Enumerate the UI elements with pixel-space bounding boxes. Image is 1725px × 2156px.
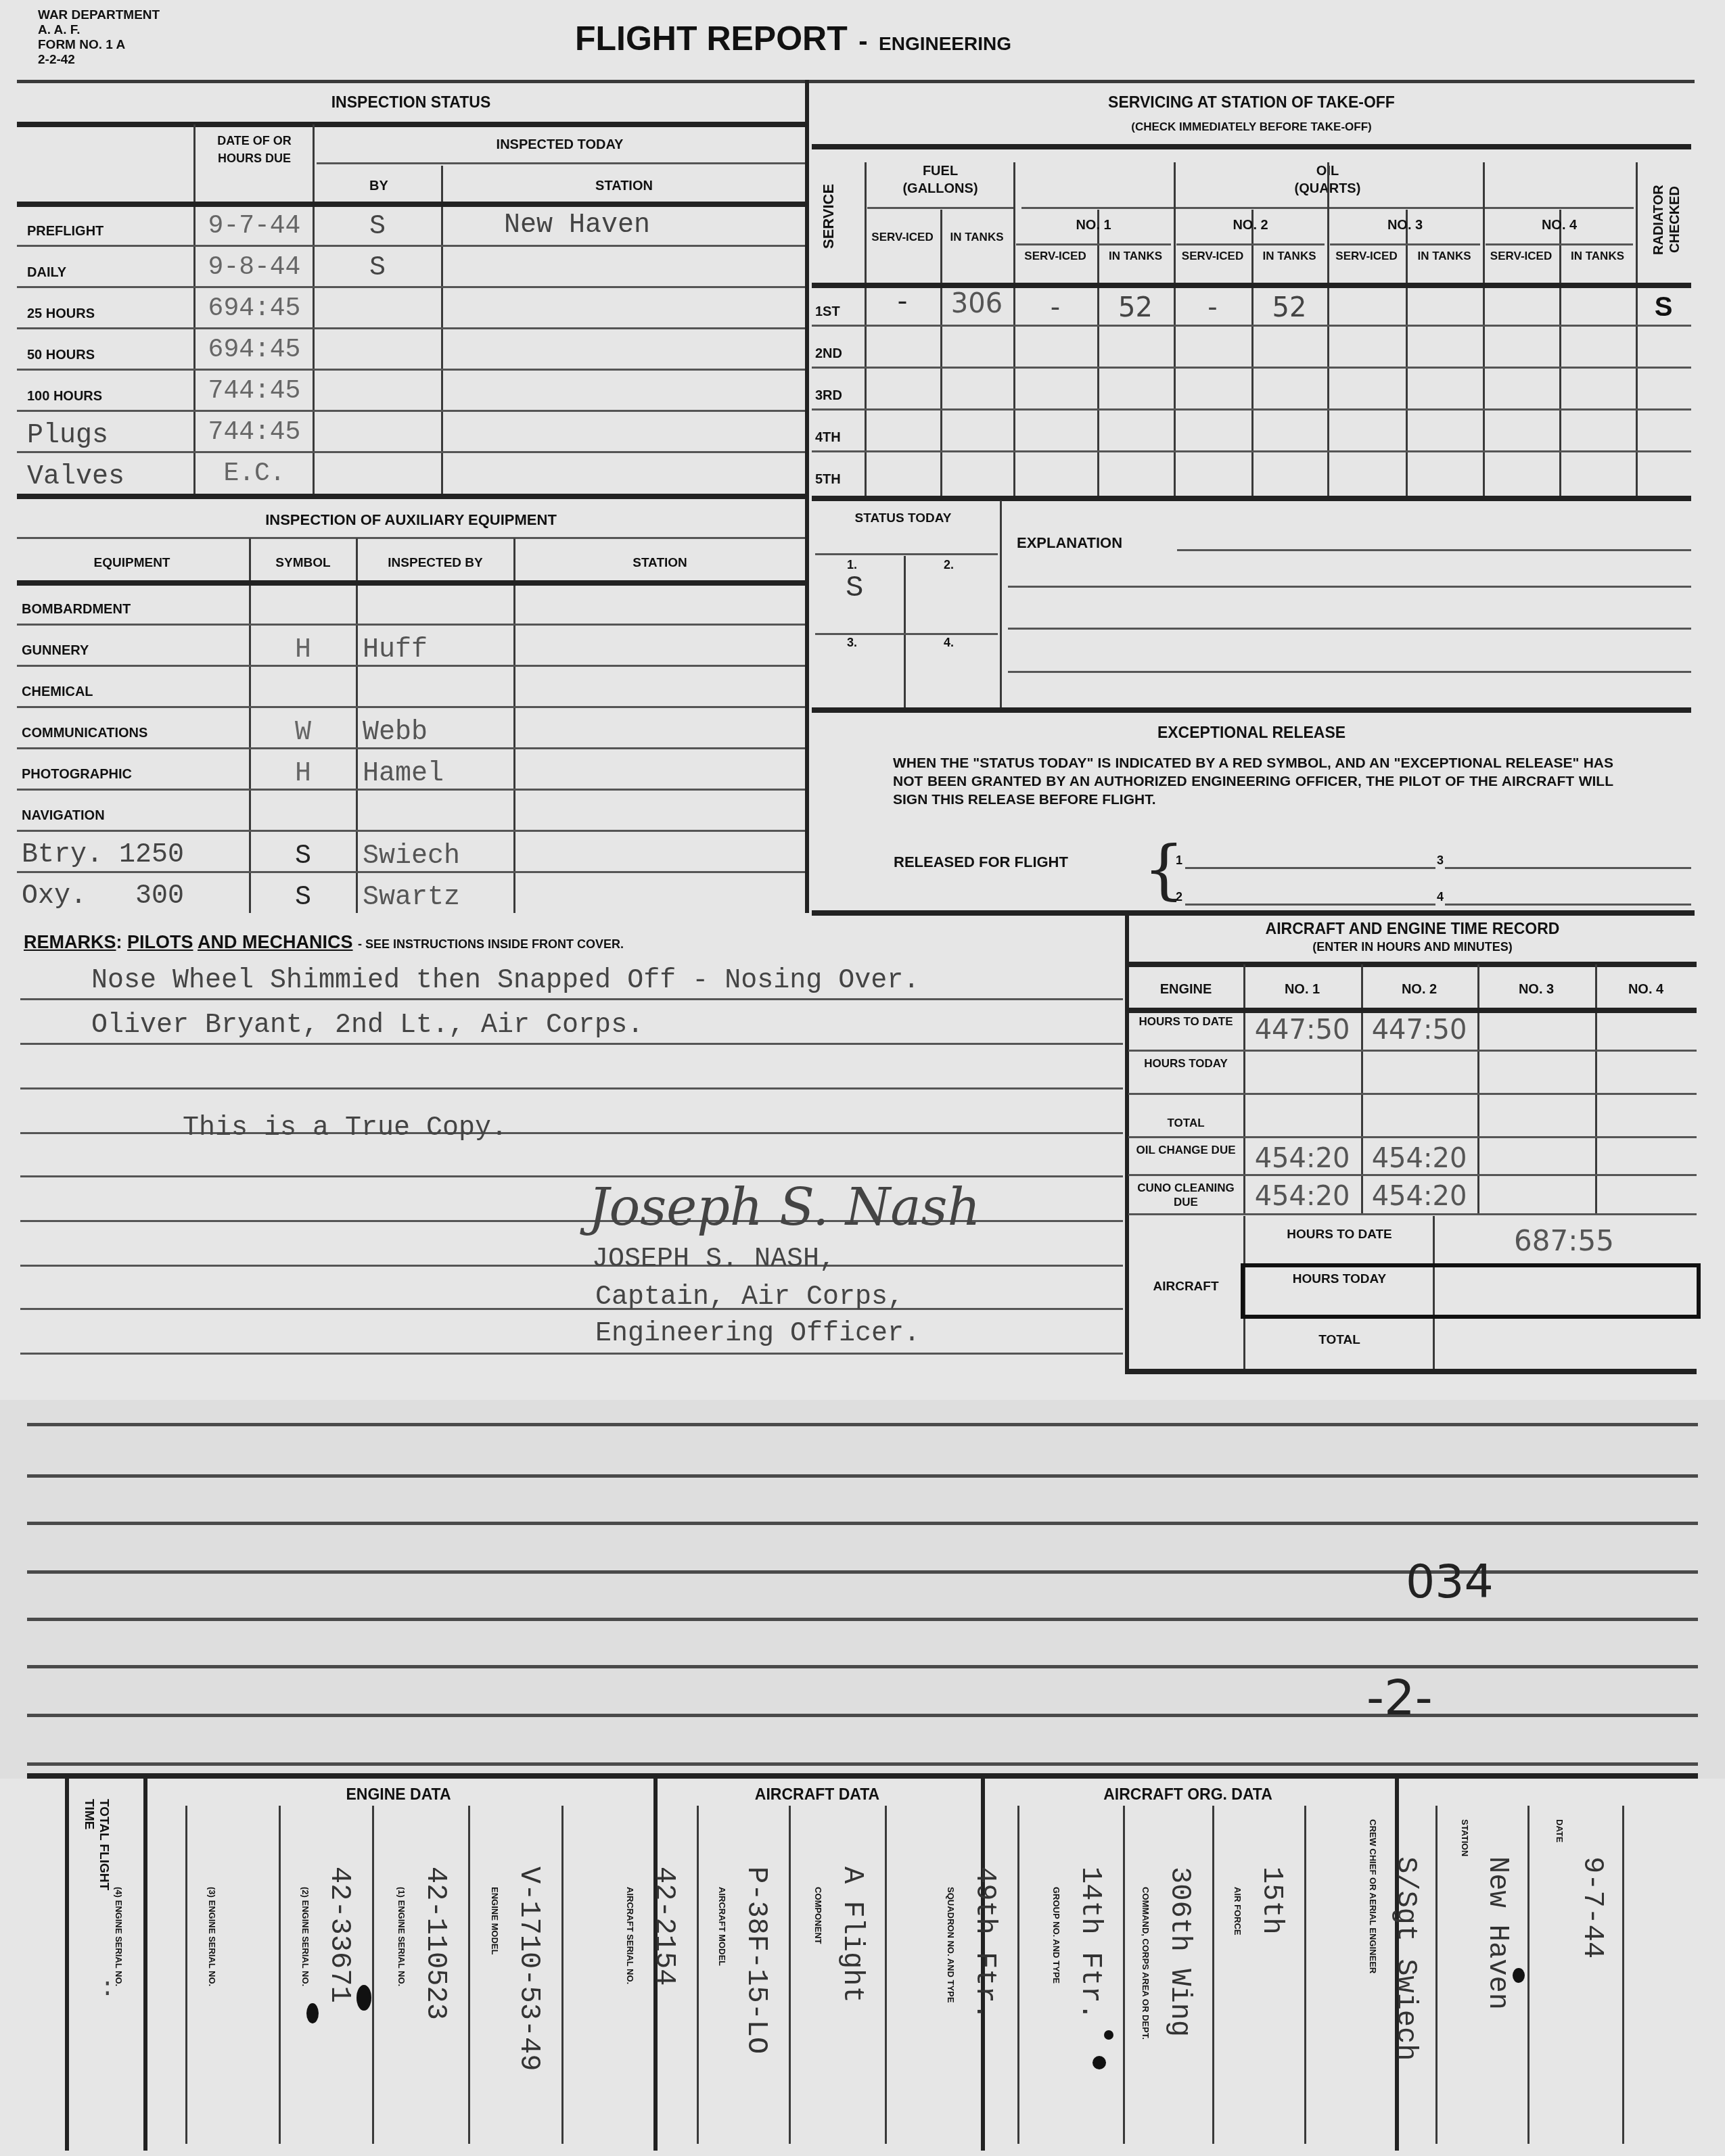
servicing-subtitle: (CHECK IMMEDIATELY BEFORE TAKE-OFF)	[812, 120, 1691, 134]
col-service: SERVICE	[820, 162, 837, 271]
col-equipment: EQUIPMENT	[17, 556, 247, 571]
divider	[1435, 1806, 1437, 2144]
status-slot-2-num: 2.	[944, 558, 954, 572]
footer-field-value[interactable]: 49th Ftr.	[969, 1867, 1001, 2020]
divider	[17, 494, 805, 499]
divider	[17, 327, 805, 329]
footer-field-label: GROUP NO. AND TYPE	[1051, 1887, 1061, 1984]
title-sub: ENGINEERING	[879, 33, 1011, 54]
divider	[17, 286, 805, 288]
engine-time-value[interactable]: 447:50	[1243, 1014, 1361, 1046]
footer-field-value[interactable]: 42-33671	[323, 1867, 356, 2003]
divider	[1174, 162, 1176, 496]
divider	[812, 325, 1691, 327]
remark-line-2[interactable]: Oliver Bryant, 2nd Lt., Air Corps.	[91, 1010, 643, 1041]
inspection-row-label: 100 HOURS	[27, 389, 102, 404]
servicing-title: SERVICING AT STATION OF TAKE-OFF	[812, 93, 1691, 112]
oil-cell[interactable]: -	[1013, 292, 1097, 323]
footer-field-label: CREW CHIEF OR AERIAL ENGINEER	[1368, 1819, 1378, 1973]
time-record-subtitle: (ENTER IN HOURS AND MINUTES)	[1128, 940, 1697, 954]
form-number: FORM NO. 1 A	[38, 38, 160, 53]
footer-field-value[interactable]: V-1710-53-49	[513, 1867, 545, 2071]
engine-time-value[interactable]: 454:20	[1243, 1181, 1361, 1212]
divider	[1128, 1008, 1697, 1013]
divider	[812, 910, 1695, 916]
explanation-label: EXPLANATION	[1017, 534, 1122, 552]
aux-equipment: CHEMICAL	[22, 684, 93, 700]
inspection-row-label[interactable]: Plugs	[27, 421, 108, 451]
divider	[143, 1779, 147, 2151]
explanation-line[interactable]	[1008, 628, 1691, 630]
title-separator: -	[858, 26, 867, 56]
signer-title: Engineering Officer.	[595, 1319, 920, 1349]
footer-field-label: AIR FORCE	[1233, 1887, 1243, 1936]
divider	[865, 162, 867, 496]
divider	[1304, 1806, 1306, 2144]
total-flight-time-label: TOTAL FLIGHT TIME	[81, 1799, 111, 1894]
divider	[372, 1806, 374, 2144]
engine-time-value[interactable]: 454:20	[1243, 1143, 1361, 1174]
aux-inspected-by[interactable]: Huff	[363, 635, 428, 665]
aux-inspected-by[interactable]: Swartz	[363, 883, 460, 913]
aircraft-row-label: HOURS TO DATE	[1248, 1227, 1431, 1242]
divider	[17, 451, 805, 453]
oil-engine-header: NO. 3	[1327, 218, 1483, 233]
col-inspected-by: INSPECTED BY	[359, 556, 512, 571]
aux-symbol[interactable]: H	[252, 759, 354, 789]
form-identifier: WAR DEPARTMENT A. A. F. FORM NO. 1 A 2-2…	[38, 8, 160, 68]
footer-field-label: (4) ENGINE SERIAL NO.	[114, 1887, 124, 1986]
total-flight-time-value[interactable]: :	[100, 1975, 115, 2002]
divider	[1128, 1136, 1697, 1138]
divider	[1527, 1806, 1529, 2144]
footer-field-value[interactable]: 14th Ftr.	[1074, 1867, 1107, 2020]
col-serviced: SERV-ICED	[1016, 249, 1095, 264]
aux-equipment: GUNNERY	[22, 643, 89, 659]
service-row-label: 4TH	[815, 430, 841, 446]
divider	[27, 1773, 1698, 1779]
divider	[65, 1779, 69, 2151]
footer-field-label: (3) ENGINE SERIAL NO.	[207, 1887, 217, 1986]
divider	[1483, 162, 1485, 496]
col-in-tanks: IN TANKS	[1408, 249, 1480, 264]
divider	[1097, 210, 1099, 496]
release-signature-line-2[interactable]	[1185, 904, 1435, 906]
engine-col-header: NO. 2	[1361, 982, 1477, 998]
form-aaf: A. A. F.	[38, 23, 160, 38]
divider	[1128, 1093, 1697, 1095]
aircraft-hours-today-box[interactable]	[1241, 1263, 1701, 1319]
ruled-line	[20, 998, 1123, 1000]
release-signature-line-3[interactable]	[1445, 867, 1691, 869]
engine-time-value[interactable]: 454:20	[1361, 1181, 1477, 1212]
divider	[1212, 1806, 1214, 2144]
oil-cell[interactable]: 52	[1251, 292, 1327, 323]
footer-field-label: DATE	[1555, 1819, 1565, 1842]
divider	[805, 80, 809, 913]
explanation-line[interactable]	[1008, 586, 1691, 588]
fuel-serviced[interactable]: -	[865, 288, 940, 319]
ruled-line	[27, 1665, 1698, 1668]
divider	[17, 706, 805, 708]
footer-field-label: COMMAND, CORPS AREA OR DEPT.	[1141, 1887, 1151, 2040]
aux-equipment: COMMUNICATIONS	[22, 726, 147, 741]
aux-inspected-by[interactable]: Hamel	[363, 759, 444, 789]
release-signature-line-1[interactable]	[1185, 867, 1435, 869]
divider	[1000, 500, 1002, 711]
divider	[249, 538, 251, 913]
ruled-line	[27, 1522, 1698, 1525]
divider	[468, 1806, 470, 2144]
status-slot-4-num: 4.	[944, 636, 954, 650]
divider	[1128, 1174, 1697, 1176]
ruled-line	[20, 1308, 1123, 1310]
ruled-line	[20, 1087, 1123, 1089]
status-today-title: STATUS TODAY	[819, 511, 988, 527]
time-record-title: AIRCRAFT AND ENGINE TIME RECORD	[1128, 920, 1697, 938]
page-number: -2-	[1366, 1669, 1433, 1726]
divider	[17, 537, 805, 539]
footer-field-label: COMPONENT	[813, 1887, 823, 1944]
divider	[1123, 1806, 1125, 2144]
footer-field-value[interactable]: 42-2154	[648, 1867, 681, 1986]
fuel-unit: (GALLONS)	[867, 180, 1013, 197]
inspection-due[interactable]: 694:45	[198, 335, 311, 365]
divider	[17, 245, 805, 247]
ruled-line	[20, 1043, 1123, 1045]
divider	[1330, 243, 1480, 245]
divider	[815, 553, 998, 555]
footer-field-value[interactable]: 42-110523	[419, 1867, 452, 2020]
divider	[1486, 243, 1633, 245]
divider	[17, 80, 1695, 83]
divider	[812, 144, 1691, 149]
inspection-by[interactable]: S	[317, 212, 438, 242]
signer-name: JOSEPH S. NASH,	[592, 1244, 835, 1275]
divider	[441, 166, 443, 494]
divider	[815, 633, 998, 635]
footer-section-title: AIRCRAFT DATA	[653, 1785, 981, 1804]
aux-inspected-by[interactable]: Swiech	[363, 841, 460, 872]
remarks-instructions: - SEE INSTRUCTIONS INSIDE FRONT COVER.	[358, 937, 624, 951]
time-row-label: OIL CHANGE DUE	[1128, 1143, 1243, 1157]
footer-field-label: ENGINE MODEL	[490, 1887, 500, 1954]
aux-symbol[interactable]: S	[252, 883, 354, 913]
divider	[513, 538, 515, 913]
col-in-tanks: IN TANKS	[1100, 249, 1171, 264]
footer-field-value[interactable]: S/Sgt Swiech	[1389, 1856, 1422, 2061]
remarks-header: REMARKS: PILOTS AND MECHANICS - SEE INST…	[24, 932, 624, 953]
time-row-label: HOURS TODAY	[1128, 1056, 1243, 1071]
engine-col-header: NO. 1	[1243, 982, 1361, 998]
divider	[1016, 243, 1171, 245]
mechanics-label: AND MECHANICS	[198, 932, 353, 952]
status-slot-1-num: 1.	[847, 558, 857, 572]
col-serviced: SERV-ICED	[1176, 249, 1249, 264]
divider	[185, 1806, 187, 2144]
ruled-line	[27, 1474, 1698, 1478]
signer-rank: Captain, Air Corps,	[595, 1282, 904, 1313]
release-line-3-num: 3	[1437, 853, 1444, 868]
divider	[789, 1806, 791, 2144]
divider	[812, 450, 1691, 452]
col-fuel: FUEL (GALLONS)	[867, 162, 1013, 197]
engine-time-value[interactable]: 447:50	[1361, 1014, 1477, 1046]
inspection-row-label[interactable]: Valves	[27, 462, 124, 492]
divider	[812, 367, 1691, 369]
divider	[17, 202, 805, 207]
footer-field-label: SQUADRON NO. AND TYPE	[946, 1887, 956, 2002]
service-row-label: 3RD	[815, 388, 842, 404]
divider	[1406, 210, 1408, 496]
pilots-label: PILOTS	[127, 932, 193, 952]
ruled-line	[27, 1423, 1698, 1426]
divider	[1128, 1213, 1697, 1215]
inspection-due[interactable]: 9-7-44	[198, 212, 311, 241]
inspection-due[interactable]: 9-8-44	[198, 253, 311, 282]
aircraft-label: AIRCRAFT	[1128, 1280, 1243, 1294]
ruled-line	[20, 1265, 1123, 1267]
col-radiator: RADIATOR CHECKED	[1651, 156, 1686, 284]
divider	[17, 789, 805, 791]
radiator-checked[interactable]: S	[1636, 292, 1691, 323]
divider	[1128, 962, 1697, 967]
divider	[561, 1806, 563, 2144]
col-in-tanks: IN TANKS	[943, 230, 1011, 245]
ink-speck	[1104, 2030, 1113, 2040]
divider	[17, 665, 805, 667]
footer-field-value[interactable]: New Haven	[1481, 1856, 1514, 2010]
col-aux-station: STATION	[516, 556, 804, 571]
footer-field-label: (1) ENGINE SERIAL NO.	[396, 1887, 407, 1986]
explanation-line[interactable]	[1177, 549, 1691, 551]
divider	[812, 283, 1691, 288]
inspection-due[interactable]: E.C.	[198, 459, 311, 488]
divider	[1477, 964, 1479, 1215]
divider	[17, 369, 805, 371]
ruled-line	[27, 1618, 1698, 1621]
aux-equipment[interactable]: Oxy. 300	[22, 881, 184, 912]
divider	[1176, 243, 1325, 245]
aircraft-time-value[interactable]: 687:55	[1435, 1224, 1693, 1257]
footer-field-value[interactable]: 306th Wing	[1164, 1867, 1196, 2037]
engine-col-header: NO. 3	[1477, 982, 1595, 998]
release-signature-line-4[interactable]	[1445, 904, 1691, 906]
inspection-row-label: PREFLIGHT	[27, 224, 103, 239]
inspection-by[interactable]: S	[317, 253, 438, 283]
document-number: 034	[1406, 1555, 1494, 1609]
form-date: 2-2-42	[38, 53, 160, 68]
status-slot-3-num: 3.	[847, 636, 857, 650]
col-inspected-today: INSPECTED TODAY	[318, 137, 802, 153]
col-in-tanks: IN TANKS	[1562, 249, 1633, 264]
exceptional-release-text: WHEN THE "STATUS TODAY" IS INDICATED BY …	[893, 754, 1613, 809]
oil-engine-header: NO. 4	[1483, 218, 1636, 233]
col-serviced: SERV-ICED	[1486, 249, 1557, 264]
aux-equipment[interactable]: Btry. 1250	[22, 840, 184, 870]
divider	[279, 1806, 281, 2144]
divider	[885, 1806, 887, 2144]
divider	[1595, 964, 1597, 1215]
title-main: FLIGHT REPORT	[575, 20, 848, 57]
fuel-in-tanks[interactable]: 306	[940, 288, 1013, 319]
ink-speck	[1092, 2056, 1106, 2069]
divider	[1636, 162, 1638, 496]
aux-equipment: PHOTOGRAPHIC	[22, 767, 132, 782]
time-row-label: TOTAL	[1128, 1116, 1243, 1130]
divider	[697, 1806, 699, 2144]
signature: Joseph S. Nash	[589, 1177, 980, 1237]
inspection-due[interactable]: 744:45	[198, 377, 311, 406]
inspection-row-label: 50 HOURS	[27, 348, 95, 363]
divider	[812, 408, 1691, 411]
explanation-line[interactable]	[1008, 671, 1691, 673]
oil-engine-header: NO. 1	[1013, 218, 1174, 233]
divider	[17, 624, 805, 626]
ink-speck	[356, 1985, 371, 2011]
divider	[1622, 1806, 1624, 2144]
footer-field-label: AIRCRAFT SERIAL NO.	[625, 1887, 635, 1984]
service-row-label: 1ST	[815, 304, 840, 320]
exceptional-release-title: EXCEPTIONAL RELEASE	[812, 724, 1691, 742]
col-station: STATION	[446, 179, 802, 194]
divider	[940, 210, 942, 496]
inspection-row-label: DAILY	[27, 265, 66, 281]
col-symbol: SYMBOL	[252, 556, 354, 571]
inspection-station[interactable]: New Haven	[504, 210, 650, 241]
auxiliary-title: INSPECTION OF AUXILIARY EQUIPMENT	[17, 511, 805, 529]
divider	[1243, 964, 1245, 1215]
divider	[1013, 162, 1015, 496]
time-row-label: CUNO CLEANING DUE	[1128, 1181, 1243, 1209]
footer-field-label: AIRCRAFT MODEL	[717, 1887, 727, 1966]
footer-field-value[interactable]: 15th	[1256, 1867, 1288, 1935]
divider	[1327, 162, 1329, 496]
col-engine: ENGINE	[1128, 982, 1243, 998]
service-row-label: 2ND	[815, 346, 842, 362]
footer-field-value[interactable]: P-38F-15-LO	[740, 1867, 773, 2054]
ruled-line	[20, 1353, 1123, 1355]
divider	[17, 410, 805, 412]
footer-section-title: ENGINE DATA	[143, 1785, 653, 1804]
oil-engine-header: NO. 2	[1174, 218, 1327, 233]
divider	[17, 747, 805, 749]
divider	[1559, 210, 1561, 496]
released-for-flight-label: RELEASED FOR FLIGHT	[893, 853, 1069, 871]
oil-cell[interactable]: -	[1174, 292, 1251, 323]
divider	[1128, 1050, 1697, 1052]
time-row-label: HOURS TO DATE	[1128, 1014, 1243, 1029]
divider	[1017, 1806, 1019, 2144]
footer-section-title: AIRCRAFT ORG. DATA	[981, 1785, 1395, 1804]
col-by: BY	[318, 179, 440, 194]
aux-symbol[interactable]: H	[252, 635, 354, 665]
ruled-line	[27, 1714, 1698, 1717]
inspection-due[interactable]: 744:45	[198, 418, 311, 447]
release-line-1-num: 1	[1176, 853, 1182, 868]
col-in-tanks: IN TANKS	[1254, 249, 1325, 264]
col-serviced: SERV-ICED	[867, 230, 938, 245]
remarks-label: REMARKS	[24, 932, 116, 952]
fuel-label: FUEL	[867, 162, 1013, 180]
divider	[1251, 210, 1253, 496]
divider	[17, 830, 805, 832]
footer-field-value[interactable]: A Flight	[836, 1867, 869, 2003]
divider	[1361, 964, 1363, 1215]
aux-equipment: NAVIGATION	[22, 808, 105, 824]
aux-symbol[interactable]: W	[252, 718, 354, 748]
divider	[313, 124, 315, 494]
col-serviced: SERV-ICED	[1330, 249, 1403, 264]
engine-time-value[interactable]: 454:20	[1361, 1143, 1477, 1174]
page-title: FLIGHT REPORT - ENGINEERING	[575, 19, 1011, 58]
divider	[317, 162, 805, 164]
engine-col-header: NO. 4	[1595, 982, 1697, 998]
service-row-label: 5TH	[815, 472, 841, 488]
aux-equipment: BOMBARDMENT	[22, 602, 131, 617]
oil-cell[interactable]: 52	[1097, 292, 1174, 323]
aux-inspected-by[interactable]: Webb	[363, 718, 428, 748]
release-line-2-num: 2	[1176, 890, 1182, 904]
col-date-due: DATE OF OR HOURS DUE	[203, 132, 306, 167]
footer-field-label: STATION	[1460, 1819, 1470, 1856]
ruled-line	[27, 1762, 1698, 1766]
release-line-4-num: 4	[1437, 890, 1444, 904]
inspection-row-label: 25 HOURS	[27, 306, 95, 322]
form-dept: WAR DEPARTMENT	[38, 8, 160, 23]
divider	[356, 538, 358, 913]
footer-field-label: (2) ENGINE SERIAL NO.	[300, 1887, 310, 1986]
remark-line-1[interactable]: Nose Wheel Shimmied then Snapped Off - N…	[91, 966, 919, 996]
ink-speck	[1513, 1968, 1525, 1983]
divider	[812, 707, 1691, 713]
divider	[867, 207, 1013, 209]
divider	[17, 871, 805, 873]
inspection-status-title: INSPECTION STATUS	[17, 93, 805, 112]
aux-symbol[interactable]: S	[252, 841, 354, 872]
divider	[17, 580, 805, 586]
ink-speck	[306, 2003, 319, 2023]
divider	[17, 122, 805, 127]
divider	[1125, 1369, 1697, 1374]
inspection-due[interactable]: 694:45	[198, 294, 311, 323]
footer-field-value[interactable]: 9-7-44	[1576, 1856, 1609, 1959]
divider	[193, 124, 195, 494]
remark-line-4[interactable]: This is a True Copy.	[183, 1113, 507, 1144]
status-slot-1-value[interactable]: S	[846, 571, 863, 605]
aircraft-row-label: TOTAL	[1248, 1332, 1431, 1348]
divider	[812, 496, 1691, 501]
